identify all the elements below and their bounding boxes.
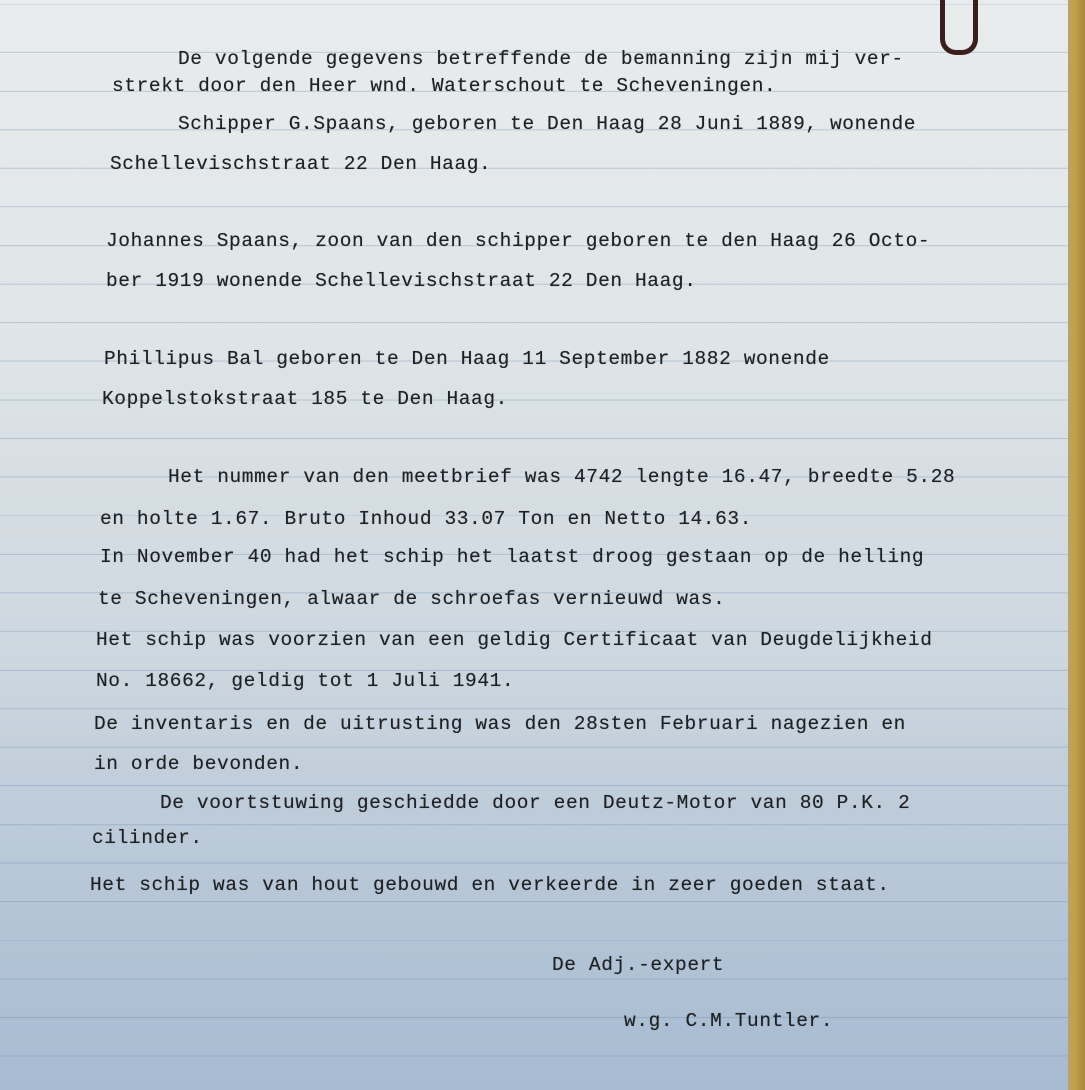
- text-line: Schipper G.Spaans, geboren te Den Haag 2…: [178, 113, 916, 135]
- text-line: Phillipus Bal geboren te Den Haag 11 Sep…: [104, 348, 830, 370]
- text-line: strekt door den Heer wnd. Waterschout te…: [112, 75, 776, 97]
- text-line: Johannes Spaans, zoon van den schipper g…: [106, 230, 930, 252]
- text-line: De volgende gegevens betreffende de bema…: [178, 48, 904, 70]
- text-line: Het nummer van den meetbrief was 4742 le…: [168, 466, 955, 488]
- text-line: Schellevischstraat 22 Den Haag.: [110, 153, 491, 175]
- text-line: ber 1919 wonende Schellevischstraat 22 D…: [106, 270, 697, 292]
- text-line: No. 18662, geldig tot 1 Juli 1941.: [96, 670, 514, 692]
- binding-edge: [1068, 0, 1085, 1090]
- document-page: De volgende gegevens betreffende de bema…: [0, 0, 1068, 1090]
- text-line: te Scheveningen, alwaar de schroefas ver…: [98, 588, 725, 610]
- text-line: in orde bevonden.: [94, 753, 303, 775]
- text-line: Het schip was van hout gebouwd en verkee…: [90, 874, 890, 896]
- text-line: De voortstuwing geschiedde door een Deut…: [160, 792, 910, 814]
- signature-title: De Adj.-expert: [552, 954, 724, 976]
- text-line: cilinder.: [92, 827, 203, 849]
- text-line: Het schip was voorzien van een geldig Ce…: [96, 629, 933, 651]
- text-line: De inventaris en de uitrusting was den 2…: [94, 713, 906, 735]
- text-line: en holte 1.67. Bruto Inhoud 33.07 Ton en…: [100, 508, 752, 530]
- paperclip-icon: [940, 0, 978, 55]
- text-line: In November 40 had het schip het laatst …: [100, 546, 924, 568]
- text-line: Koppelstokstraat 185 te Den Haag.: [102, 388, 508, 410]
- signature-name: w.g. C.M.Tuntler.: [624, 1010, 833, 1032]
